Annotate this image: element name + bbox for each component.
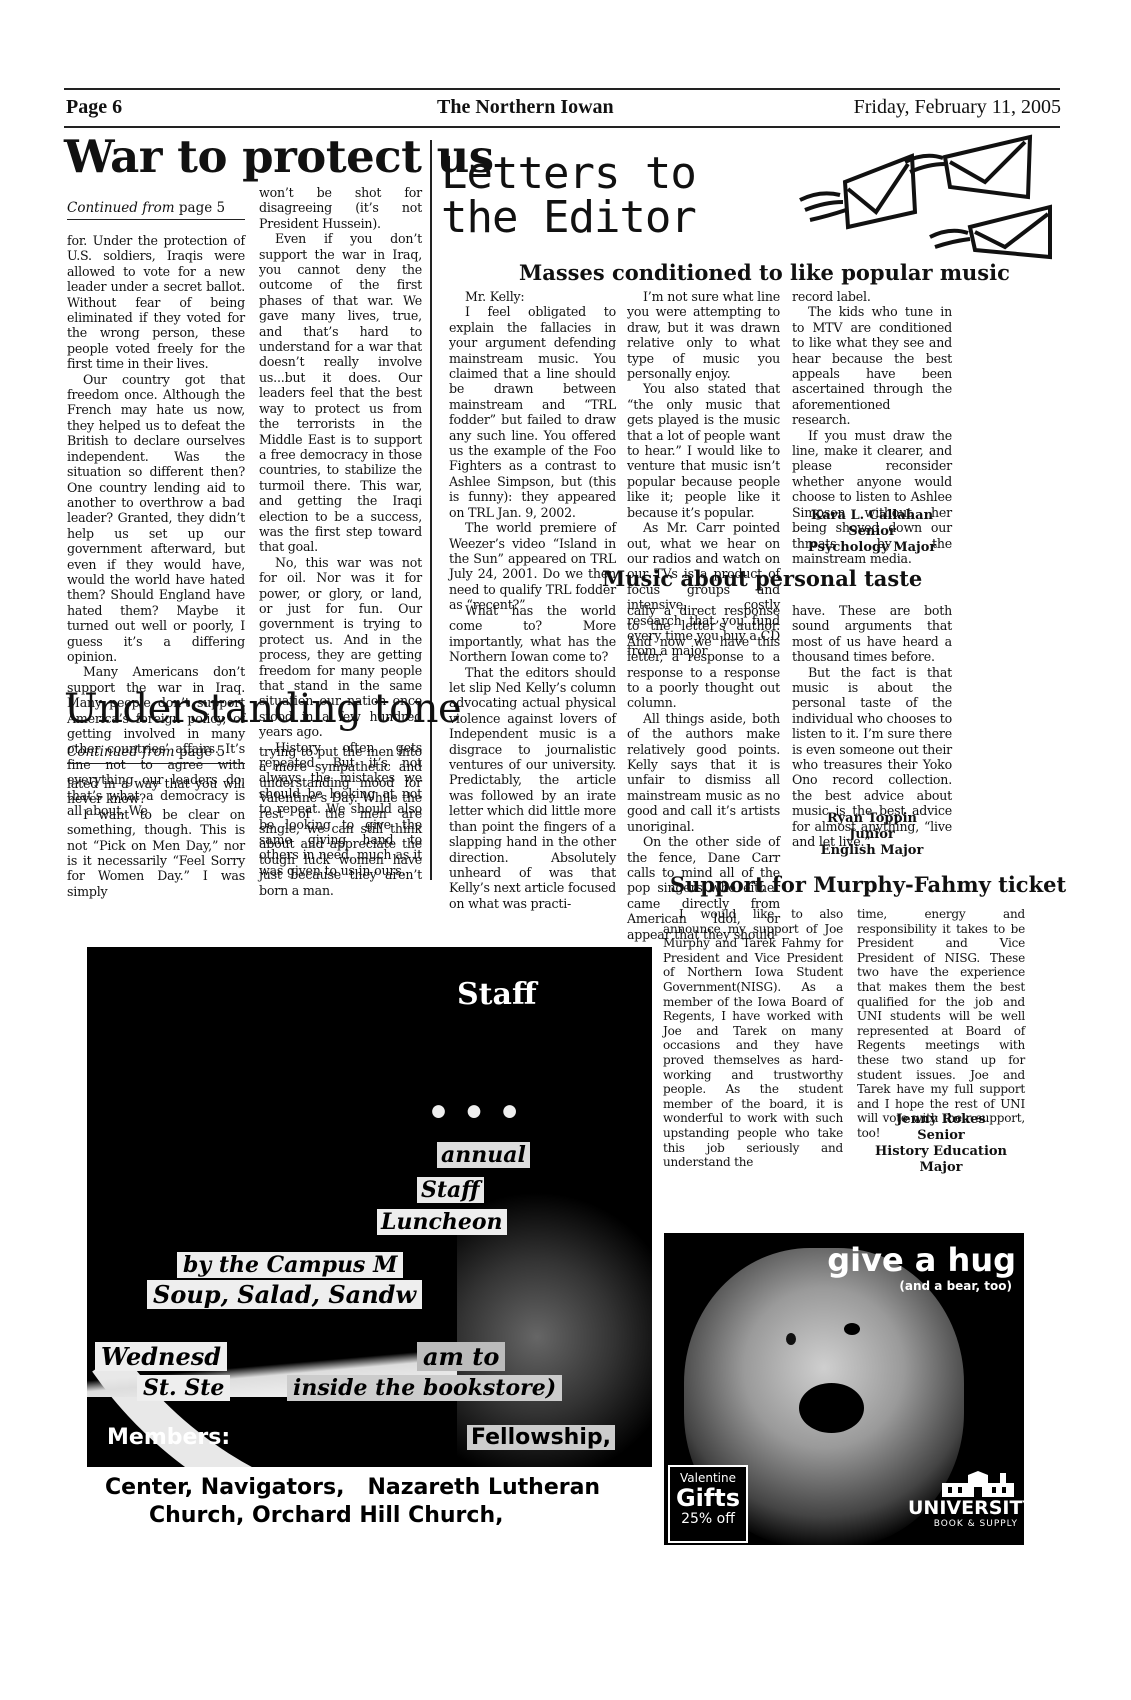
letter3-col-1: I would like to also announce my support… [663,907,843,1170]
hug-headline: give a hug [827,1241,1016,1279]
continued-page: page 5 [179,744,225,760]
bear-nose [799,1383,864,1433]
ad-dots: • • • [427,1092,521,1134]
ad-fellowship: Fellowship, [467,1425,615,1450]
letter1-headline: Masses conditioned to like popular music [519,260,1010,285]
letter1-col-1: Mr. Kelly: I feel obligated to explain t… [449,289,616,613]
tone-headline: Understanding tone [64,686,461,732]
ad-annual: annual [437,1142,530,1168]
tone-continued-line: Continued from page 5 [67,744,245,764]
hug-subline: (and a bear, too) [899,1279,1012,1293]
letter2-headline: Music about personal taste [602,566,922,591]
ad-luncheon: Luncheon [377,1209,507,1235]
letter3-headline: Support for Murphy-Fahmy ticket [670,872,1066,897]
ad-staff-italic: Staff [417,1177,484,1203]
ad-day: Wednesd [95,1342,227,1371]
store-logo: UNIVERSITY BOOK & SUPPLY [908,1471,1018,1537]
continued-prefix: Continued from [67,744,175,760]
ad-members: Members: [107,1425,230,1450]
ad-time: am to [417,1342,505,1371]
header-rule [64,126,1060,128]
war-continued-line: Continued from page 5 [67,200,245,220]
continued-prefix: Continued from [67,200,175,216]
ad-footer-line-2: Church, Orchard Hill Church, [149,1503,503,1528]
letter3-col-2: time, energy and responsibility it takes… [857,907,1025,1141]
ad-place: St. Ste [137,1375,230,1401]
ad-footer-line-1: Center, Navigators, Nazareth Lutheran [105,1475,600,1500]
letter1-signature: Kara L. Callahan Senior Psychology Major [792,508,952,556]
war-headline: War to protect us [64,130,494,183]
letter2-signature: Ryan Toppin Junior English Major [792,811,952,859]
luncheon-ad: Staff • • • annual Staff Luncheon by the… [87,947,652,1547]
bookstore-ad: give a hug (and a bear, too) Valentine G… [664,1233,1024,1545]
ad-place-2: inside the bookstore) [287,1375,562,1401]
column-divider [430,140,432,880]
ad-sponsored: by the Campus M [177,1252,403,1278]
gift-badge: Valentine Gifts 25% off [668,1465,748,1543]
issue-date: Friday, February 11, 2005 [854,96,1061,119]
continued-page: page 5 [179,200,225,216]
page-number: Page 6 [66,96,122,119]
letter2-col-1: What has the world come to? More importa… [449,603,616,911]
letter3-signature: Jenny Rokes Senior History Education Maj… [857,1112,1025,1176]
building-icon [938,1471,1018,1497]
ad-menu: Soup, Salad, Sandw [147,1280,422,1309]
top-rule [64,88,1060,90]
bear-eye-left [786,1333,796,1345]
tone-col-2: trying to put the men into a more sympat… [259,744,422,898]
newspaper-name: The Northern Iowan [437,96,614,119]
bear-eye-right [844,1323,860,1335]
ad-staff-title: Staff [457,977,537,1012]
tone-col-1: lated in a way that you will never know?… [67,776,245,899]
envelope-icons [650,132,1060,262]
